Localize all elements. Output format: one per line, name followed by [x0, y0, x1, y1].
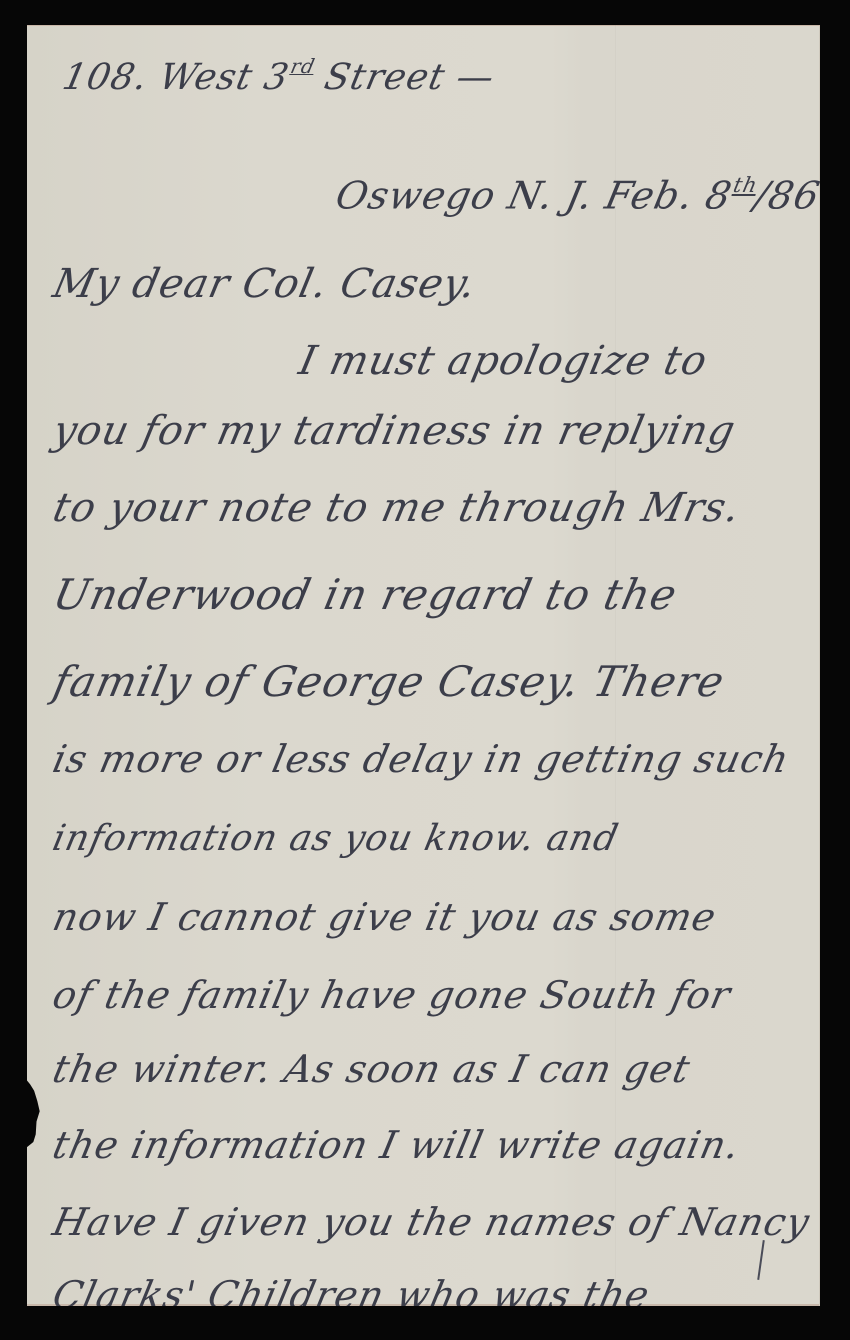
letter-body-line: Have I given you the names of Nancy [49, 1200, 814, 1244]
letter-body-line: Clarks' Children who was the [49, 1273, 654, 1317]
letter-body-line: is more or less delay in getting such [49, 737, 794, 781]
ink-stroke-mark [757, 1240, 765, 1280]
letter-address: 108. West 3rd Street — [59, 55, 499, 98]
letter-salutation: My dear Col. Casey. [49, 261, 481, 307]
letter-body-line: I must apologize to [295, 338, 712, 384]
scan-background: 108. West 3rd Street — Oswego N. J. Feb.… [0, 0, 850, 1340]
letter-body-line: family of George Casey. There [49, 657, 729, 706]
letter-body-line: information as you know. and [49, 818, 622, 859]
letter-body-line: of the family have gone South for [49, 973, 735, 1017]
letter-body-line: now I cannot give it you as some [49, 895, 721, 939]
letter-body-line: the information I will write again. [49, 1123, 744, 1167]
letter-body-line: you for my tardiness in replying [49, 408, 740, 454]
letter-body-line: to your note to me through Mrs. [49, 485, 745, 531]
letter-page: 108. West 3rd Street — Oswego N. J. Feb.… [27, 25, 820, 1306]
letter-dateline: Oswego N. J. Feb. 8th/86. [332, 173, 837, 218]
letter-body-line: Underwood in regard to the [49, 570, 682, 619]
letter-body-line: the winter. As soon as I can get [49, 1047, 694, 1091]
